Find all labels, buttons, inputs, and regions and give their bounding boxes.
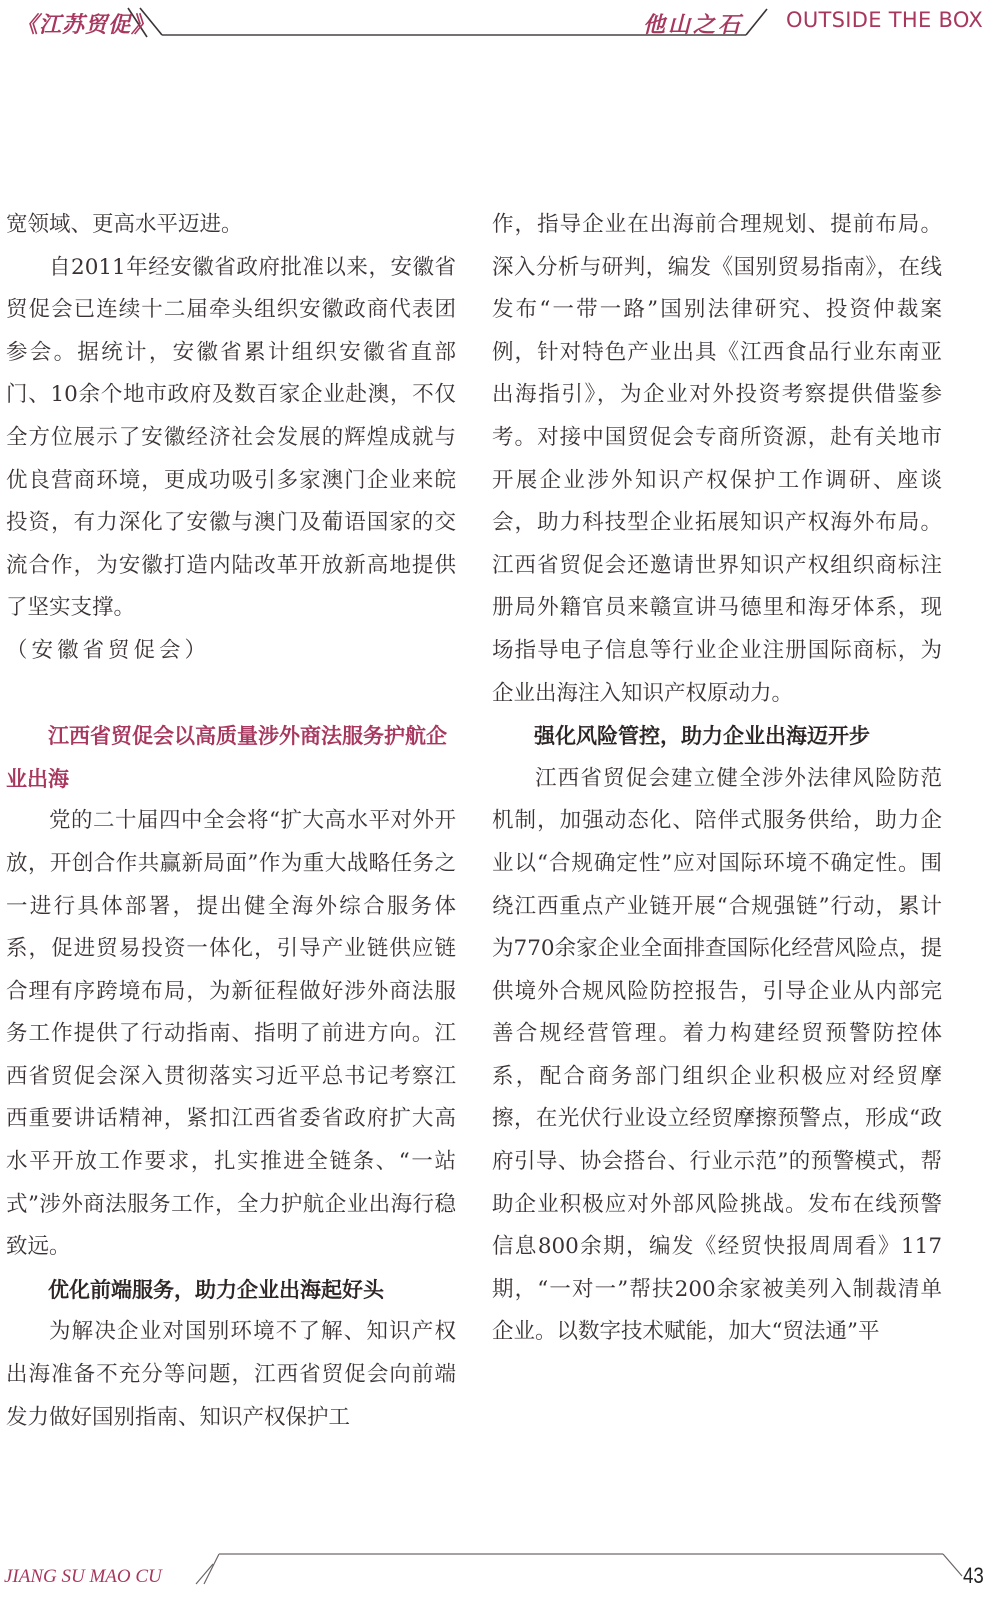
subsection-title: 优化前端服务，助力企业出海起好头 [6,1269,456,1312]
paragraph: 为解决企业对国别环境不了解、知识产权出海准备不充分等问题，江西省贸促会向前端发力… [6,1311,456,1439]
section-name-cn: 他山之石 [643,8,743,39]
section-name-en: OUTSIDE THE BOX [786,8,983,32]
publication-name: JIANG SU MAO CU [4,1566,162,1588]
article-source: （安徽省贸促会） [6,630,456,673]
right-column: 作，指导企业在出海前合理规划、提前布局。深入分析与研判，编发《国别贸易指南》，在… [492,204,942,1354]
paragraph: 自2011年经安徽省政府批准以来，安徽省贸促会已连续十二届牵头组织安徽政商代表团… [6,247,456,630]
magazine-title: 《江苏贸促》 [16,8,154,39]
spacer [6,673,456,716]
paragraph: 江西省贸促会建立健全涉外法律风险防范机制，加强动态化、陪伴式服务供给，助力企业以… [492,758,942,1354]
paragraph: 作，指导企业在出海前合理规划、提前布局。深入分析与研判，编发《国别贸易指南》，在… [492,204,942,715]
paragraph: 宽领域、更高水平迈进。 [6,204,456,247]
subsection-title: 强化风险管控，助力企业出海迈开步 [492,715,942,758]
paragraph: 党的二十届四中全会将“扩大高水平对外开放，开创合作共赢新局面”作为重大战略任务之… [6,800,456,1269]
section-title: 江西省贸促会以高质量涉外商法服务护航企业出海 [6,715,456,800]
left-column: 宽领域、更高水平迈进。 自2011年经安徽省政府批准以来，安徽省贸促会已连续十二… [6,204,456,1439]
page-number: 43 [963,1563,984,1589]
